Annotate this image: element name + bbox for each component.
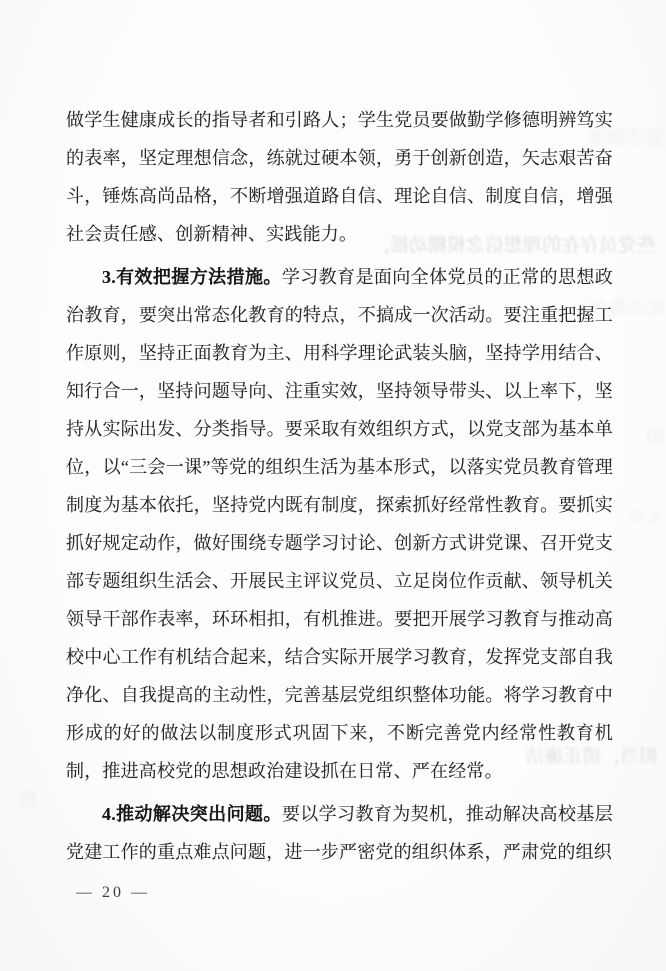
bleedthrough-text: 人员 (628, 505, 666, 531)
page-number: — 20 — (76, 884, 150, 902)
scanned-document-page: 些党员存在的理想信念模糊动摇， 担当，清正廉洁 勤学修德 党员教育 出 人员 价… (0, 0, 666, 971)
paragraph-text: 做学生健康成长的指导者和引路人；学生党员要做勤学修德明辨笃实的表率，坚定理想信念… (66, 110, 613, 244)
paragraph-continuation: 做学生健康成长的指导者和引路人；学生党员要做勤学修德明辨笃实的表率，坚定理想信念… (66, 101, 613, 253)
paragraph-item-4: 4.推动解决突出问题。要以学习教育为契机，推动解决高校基层党建工作的重点难点问题… (66, 795, 613, 871)
paragraph-lead: 3.有效把握方法措施。 (102, 267, 282, 287)
bleedthrough-text: 价 (18, 788, 37, 814)
paragraph-item-3: 3.有效把握方法措施。学习教育是面向全体党员的正常的思想政治教育，要突出常态化教… (66, 258, 613, 790)
paragraph-lead: 4.推动解决突出问题。 (102, 804, 282, 824)
bleedthrough-text: 出 (645, 424, 664, 450)
paragraph-text: 学习教育是面向全体党员的正常的思想政治教育，要突出常态化教育的特点，不搞成一次活… (66, 267, 613, 781)
document-body: 做学生健康成长的指导者和引路人；学生党员要做勤学修德明辨笃实的表率，坚定理想信念… (66, 101, 613, 871)
